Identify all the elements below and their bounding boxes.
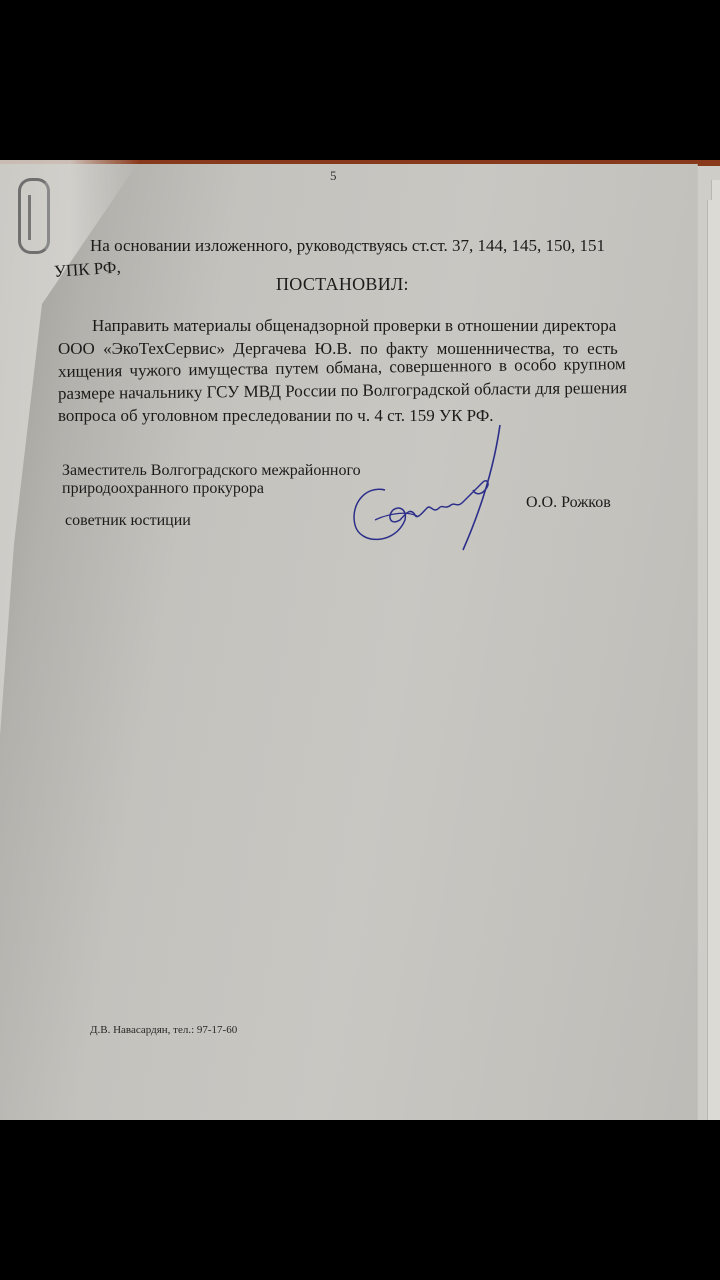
decision-heading: ПОСТАНОВИЛ: [276,274,409,295]
letterbox-bottom [0,1120,720,1280]
page-number: 5 [330,168,337,184]
intro-line-1: На основании изложенного, руководствуясь… [90,236,605,256]
document-page [0,164,712,1120]
signatory-title-line-2: природоохранного прокурора [62,480,264,498]
paperclip-wire [28,195,31,240]
paperclip-icon [18,178,50,254]
document-photo [0,160,720,1120]
signatory-rank: советник юстиции [65,512,191,530]
body-line: Направить материалы общенадзорной провер… [92,316,616,336]
signatory-name: О.О. Рожков [526,494,611,512]
handwritten-signature [345,420,515,555]
letterbox-top [0,0,720,160]
paper-stack-edge [707,200,716,1120]
signatory-title-line-1: Заместитель Волгоградского межрайонного [62,462,361,480]
footer-contact: Д.В. Навасардян, тел.: 97-17-60 [90,1024,237,1036]
